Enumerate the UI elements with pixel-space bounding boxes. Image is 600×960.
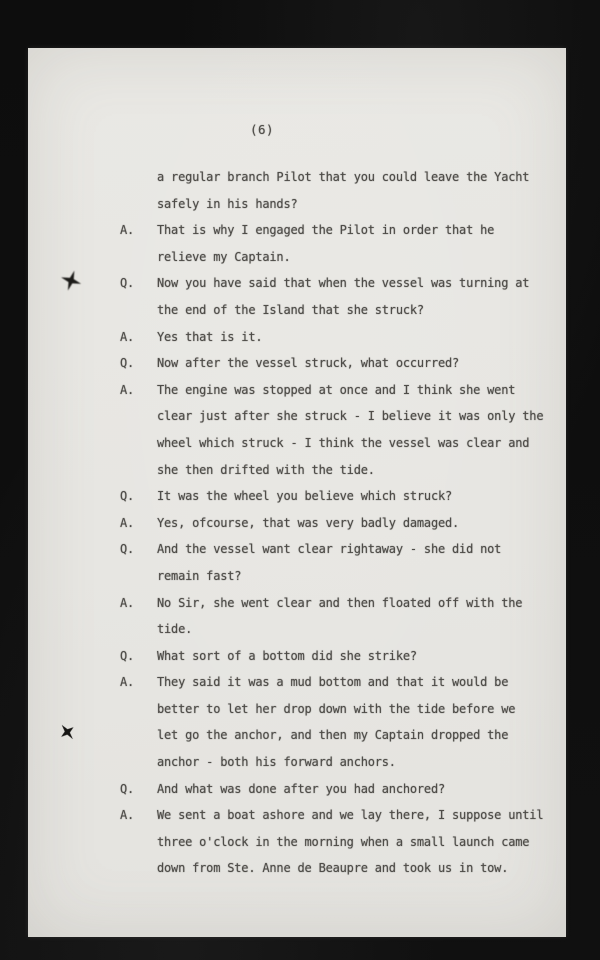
- entry-lines: The engine was stopped at once and I thi…: [157, 377, 550, 483]
- speaker-label: Q.: [120, 643, 134, 670]
- speaker-label: Q.: [120, 350, 134, 377]
- entry-lines: Now after the vessel struck, what occurr…: [157, 350, 550, 377]
- transcript-entry: A.The engine was stopped at once and I t…: [120, 377, 550, 483]
- transcript-line: No Sir, she went clear and then floated …: [157, 590, 550, 617]
- transcript-line: We sent a boat ashore and we lay there, …: [157, 802, 550, 829]
- page-number: (6): [250, 122, 274, 137]
- transcript-entry: A.They said it was a mud bottom and that…: [120, 669, 550, 775]
- entry-lines: Now you have said that when the vessel w…: [157, 270, 550, 323]
- entry-lines: It was the wheel you believe which struc…: [157, 483, 550, 510]
- transcript-line: Yes that is it.: [157, 324, 550, 351]
- speaker-label: Q.: [120, 776, 134, 803]
- speaker-label: A.: [120, 590, 134, 617]
- speaker-label: A.: [120, 217, 134, 244]
- transcript-entry: A.No Sir, she went clear and then floate…: [120, 590, 550, 643]
- speaker-label: A.: [120, 377, 134, 404]
- transcript-line: And the vessel want clear rightaway - sh…: [157, 536, 550, 563]
- entry-lines: Yes, ofcourse, that was very badly damag…: [157, 510, 550, 537]
- transcript-entry: Q.And the vessel want clear rightaway - …: [120, 536, 550, 589]
- margin-star-ink-mark-icon: [55, 266, 85, 299]
- speaker-label: A.: [120, 669, 134, 696]
- document-page: (6) a regular branch Pilot that you coul…: [28, 48, 566, 937]
- transcript-line: Now you have said that when the vessel w…: [157, 270, 550, 297]
- transcript-line: And what was done after you had anchored…: [157, 776, 550, 803]
- transcript-line: better to let her drop down with the tid…: [157, 696, 550, 723]
- transcript-line: Yes, ofcourse, that was very badly damag…: [157, 510, 550, 537]
- transcript-line: What sort of a bottom did she strike?: [157, 643, 550, 670]
- entry-lines: a regular branch Pilot that you could le…: [157, 164, 550, 217]
- transcript-entry: A.That is why I engaged the Pilot in ord…: [120, 217, 550, 270]
- transcript-line: a regular branch Pilot that you could le…: [157, 164, 550, 191]
- entry-lines: Yes that is it.: [157, 324, 550, 351]
- transcript-entry: Q.It was the wheel you believe which str…: [120, 483, 550, 510]
- transcript-line: three o'clock in the morning when a smal…: [157, 829, 550, 856]
- transcript-entry: A.Yes that is it.: [120, 324, 550, 351]
- transcript-entry: Q.What sort of a bottom did she strike?: [120, 643, 550, 670]
- transcript-line: anchor - both his forward anchors.: [157, 749, 550, 776]
- entry-lines: And what was done after you had anchored…: [157, 776, 550, 803]
- transcript-line: Now after the vessel struck, what occurr…: [157, 350, 550, 377]
- transcript-line: That is why I engaged the Pilot in order…: [157, 217, 550, 244]
- transcript-entry: a regular branch Pilot that you could le…: [120, 164, 550, 217]
- transcript-line: It was the wheel you believe which struc…: [157, 483, 550, 510]
- transcript-line: clear just after she struck - I believe …: [157, 403, 550, 430]
- transcript-line: safely in his hands?: [157, 191, 550, 218]
- transcript-line: she then drifted with the tide.: [157, 457, 550, 484]
- transcript-line: remain fast?: [157, 563, 550, 590]
- transcript-line: let go the anchor, and then my Captain d…: [157, 722, 550, 749]
- transcript-block: a regular branch Pilot that you could le…: [120, 164, 550, 882]
- entry-lines: What sort of a bottom did she strike?: [157, 643, 550, 670]
- entry-lines: And the vessel want clear rightaway - sh…: [157, 536, 550, 589]
- transcript-line: They said it was a mud bottom and that i…: [157, 669, 550, 696]
- speaker-label: Q.: [120, 483, 134, 510]
- transcript-line: down from Ste. Anne de Beaupre and took …: [157, 855, 550, 882]
- entry-lines: No Sir, she went clear and then floated …: [157, 590, 550, 643]
- entry-lines: They said it was a mud bottom and that i…: [157, 669, 550, 775]
- transcript-entry: Q.And what was done after you had anchor…: [120, 776, 550, 803]
- transcript-line: the end of the Island that she struck?: [157, 297, 550, 324]
- speaker-label: A.: [120, 324, 134, 351]
- speaker-label: A.: [120, 510, 134, 537]
- transcript-entry: A.We sent a boat ashore and we lay there…: [120, 802, 550, 882]
- transcript-line: wheel which struck - I think the vessel …: [157, 430, 550, 457]
- speaker-label: Q.: [120, 536, 134, 563]
- transcript-line: The engine was stopped at once and I thi…: [157, 377, 550, 404]
- entry-lines: We sent a boat ashore and we lay there, …: [157, 802, 550, 882]
- speaker-label: A.: [120, 802, 134, 829]
- transcript-entry: Q.Now you have said that when the vessel…: [120, 270, 550, 323]
- transcript-line: tide.: [157, 616, 550, 643]
- transcript-line: relieve my Captain.: [157, 244, 550, 271]
- speaker-label: Q.: [120, 270, 134, 297]
- transcript-entry: A.Yes, ofcourse, that was very badly dam…: [120, 510, 550, 537]
- margin-star-ink-mark-icon: [54, 719, 82, 748]
- entry-lines: That is why I engaged the Pilot in order…: [157, 217, 550, 270]
- transcript-entry: Q.Now after the vessel struck, what occu…: [120, 350, 550, 377]
